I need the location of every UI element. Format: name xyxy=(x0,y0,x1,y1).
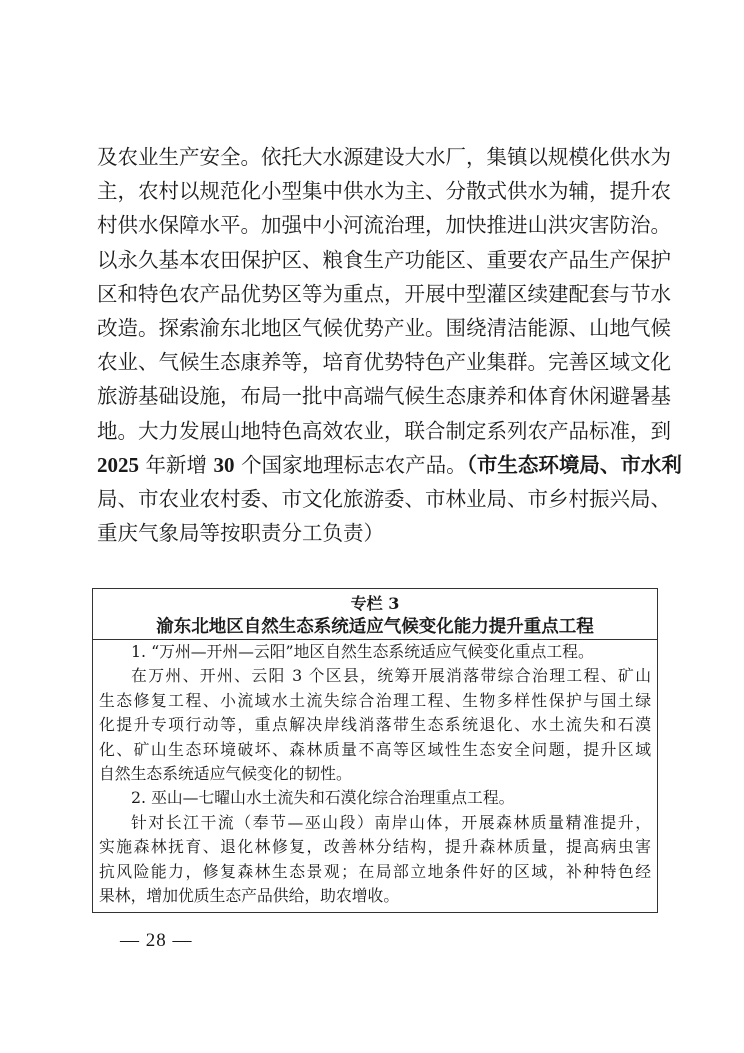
body-line: 区和特色农产品优势区等为重点，开展中型灌区续建配套与节水 xyxy=(97,277,657,311)
responsible-agencies: 局、市农业农村委、市文化旅游委、市林业局、市乡村振兴局、 xyxy=(97,482,657,516)
box-label: 专栏 3 xyxy=(93,589,657,615)
box-item-heading: 1. “万州—开州—云阳”地区自然生态系统适应气候变化重点工程。 xyxy=(99,640,651,664)
body-line: 改造。探索渝东北地区气候优势产业。围绕清洁能源、山地气候 xyxy=(97,311,657,345)
page-number: — 28 — xyxy=(120,930,193,952)
body-line: 及农业生产安全。依托大水源建设大水厂，集镇以规模化供水为 xyxy=(97,140,657,174)
body-line: 旅游基础设施，布局一批中高端气候生态康养和体育休闲避暑基 xyxy=(97,379,657,413)
body-text-segment: 年新增 xyxy=(139,453,214,477)
box-line: 实施森林抚育、退化林修复，改善林分结构，提升森林质量，提高病虫害 xyxy=(99,835,651,859)
body-text-segment: 个国家地理标志农产品。 xyxy=(235,453,467,477)
responsible-agencies: （市生态环境局、市水利 xyxy=(467,453,682,477)
box-line: 生态修复工程、小流域水土流失综合治理工程、生物多样性保护与国土绿 xyxy=(99,689,651,713)
box-line: 化、矿山生态环境破坏、森林质量不高等区域性生态安全问题，提升区域 xyxy=(99,738,651,762)
body-line: 农业、气候生态康养等，培育优势特色产业集群。完善区域文化 xyxy=(97,345,657,379)
box-line: 在万州、开州、云阳 3 个区县，统筹开展消落带综合治理工程、矿山 xyxy=(99,664,651,688)
box-title: 渝东北地区自然生态系统适应气候变化能力提升重点工程 xyxy=(93,615,657,639)
body-line: 2025 年新增 30 个国家地理标志农产品。（市生态环境局、市水利 xyxy=(97,448,657,482)
box-line: 果林，增加优质生态产品供给，助农增收。 xyxy=(99,884,651,908)
responsible-agencies: 重庆气象局等按职责分工负责） xyxy=(97,516,657,550)
body-line: 以永久基本农田保护区、粮食生产功能区、重要农产品生产保护 xyxy=(97,243,657,277)
box-line: 化提升专项行动等，重点解决岸线消落带生态系统退化、水土流失和石漠 xyxy=(99,713,651,737)
feature-box: 专栏 3 渝东北地区自然生态系统适应气候变化能力提升重点工程 1. “万州—开州… xyxy=(92,588,658,913)
body-line: 地。大力发展山地特色高效农业，联合制定系列农产品标准，到 xyxy=(97,414,657,448)
box-line: 针对长江干流（奉节—巫山段）南岸山体，开展森林质量精准提升， xyxy=(99,811,651,835)
body-line: 主，农村以规范化小型集中供水为主、分散式供水为辅，提升农 xyxy=(97,174,657,208)
year-value: 2025 xyxy=(97,453,139,477)
body-paragraph: 及农业生产安全。依托大水源建设大水厂，集镇以规模化供水为 主，农村以规范化小型集… xyxy=(97,140,657,550)
box-line: 抗风险能力，修复森林生态景观；在局部立地条件好的区域，补种特色经 xyxy=(99,860,651,884)
body-line: 村供水保障水平。加强中小河流治理，加快推进山洪灾害防治。 xyxy=(97,208,657,242)
box-line: 自然生态系统适应气候变化的韧性。 xyxy=(99,762,651,786)
box-body: 1. “万州—开州—云阳”地区自然生态系统适应气候变化重点工程。 在万州、开州、… xyxy=(93,640,657,908)
count-value: 30 xyxy=(214,453,235,477)
box-header: 专栏 3 渝东北地区自然生态系统适应气候变化能力提升重点工程 xyxy=(93,589,657,640)
box-item-heading: 2. 巫山—七曜山水土流失和石漠化综合治理重点工程。 xyxy=(99,786,651,810)
